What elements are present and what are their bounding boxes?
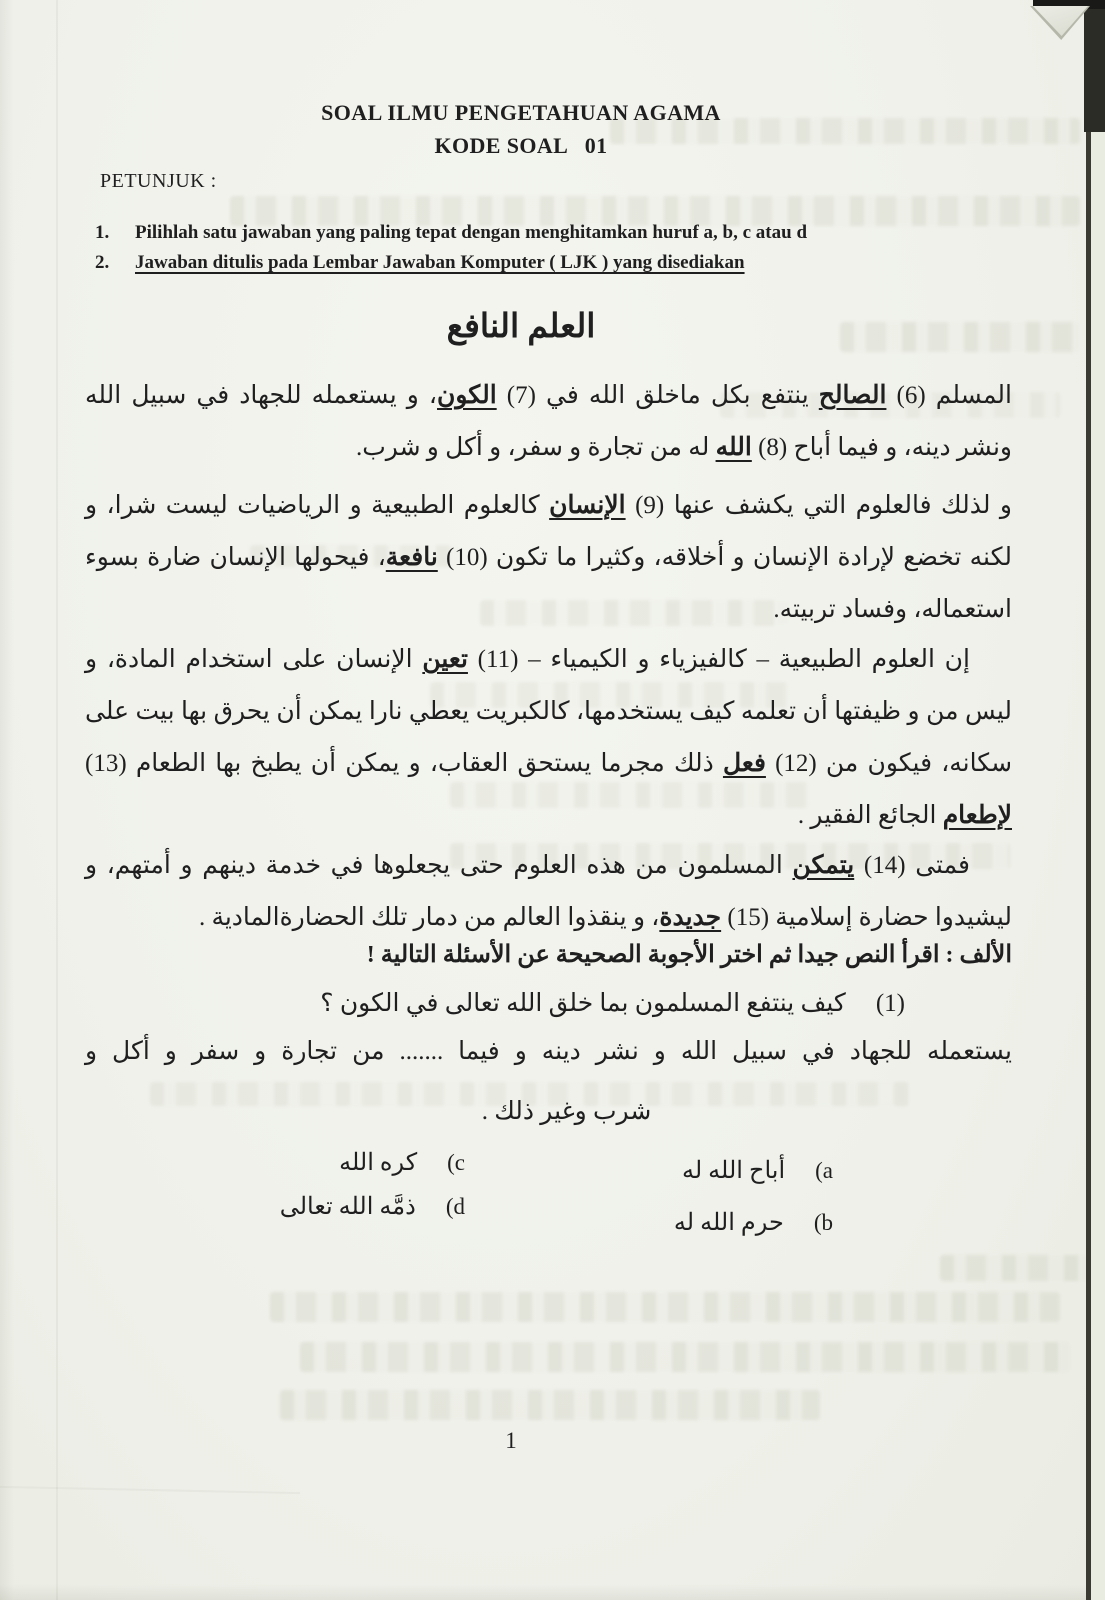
passage-paragraph: فمتى (14) يتمكن المسلمون من هذه العلوم ح… xyxy=(85,840,1012,944)
underlined-answer-word: الكون xyxy=(437,382,497,409)
passage-text: فمتى (14) xyxy=(854,852,970,879)
question-1: (1)كيف ينتفع المسلمون بما خلق الله تعالى… xyxy=(85,988,905,1018)
instruction-item: 1.Pilihlah satu jawaban yang paling tepa… xyxy=(95,222,807,252)
instruction-item: 2.Jawaban ditulis pada Lembar Jawaban Ko… xyxy=(95,252,807,282)
option-b-letter: (b xyxy=(814,1210,833,1236)
underlined-answer-word: تعين xyxy=(422,646,468,673)
scanner-edge-line xyxy=(1086,0,1091,1600)
passage-paragraph: المسلم (6) الصالح ينتفع بكل ماخلق الله ف… xyxy=(85,370,1012,474)
paper-edge-shade xyxy=(0,0,14,1600)
passage-text: إن العلوم الطبيعية – كالفيزياء و الكيميا… xyxy=(468,646,970,673)
option-d: (dذمَّه الله تعالى xyxy=(280,1192,465,1236)
bleed-through-ghost xyxy=(300,1342,1070,1372)
underlined-answer-word: الصالح xyxy=(819,382,887,409)
scanner-edge-dark xyxy=(1084,0,1105,132)
passage-text: و لذلك فالعلوم التي يكشف عنها (9) xyxy=(626,492,1012,519)
option-d-letter: (d xyxy=(446,1194,465,1220)
underlined-answer-word: الله xyxy=(716,434,752,461)
passage-title: العلم النافع xyxy=(0,306,1042,346)
passage-paragraph: إن العلوم الطبيعية – كالفيزياء و الكيميا… xyxy=(85,634,1012,842)
exam-title: SOAL ILMU PENGETAHUAN AGAMA xyxy=(0,100,1042,126)
question-1-body-line2: شرب وغير ذلك . xyxy=(103,1096,1030,1126)
paper-crease xyxy=(56,0,58,1600)
instructions-label: PETUNJUK : xyxy=(100,170,217,193)
instruction-text: Jawaban ditulis pada Lembar Jawaban Komp… xyxy=(135,252,745,274)
underlined-answer-word: يتمكن xyxy=(792,852,854,879)
option-b: (bحرم الله له xyxy=(674,1208,833,1252)
scanned-exam-page: SOAL ILMU PENGETAHUAN AGAMA KODE SOAL 01… xyxy=(0,0,1105,1600)
passage-text: له من تجارة و سفر، و أكل و شرب. xyxy=(356,434,716,461)
passage-paragraph: و لذلك فالعلوم التي يكشف عنها (9) الإنسا… xyxy=(85,480,1012,636)
question-section-header: الألف : اقرأ النص جيدا ثم اختر الأجوبة ا… xyxy=(85,940,1012,969)
options-column-ab: (aأباح الله له(bحرم الله له xyxy=(674,1156,833,1252)
underlined-answer-word: نافعة xyxy=(386,544,438,571)
instruction-number: 2. xyxy=(95,252,135,274)
options-column-cd: (cكره الله(dذمَّه الله تعالى xyxy=(280,1148,465,1236)
option-a-text: أباح الله له xyxy=(682,1158,785,1184)
instruction-number: 1. xyxy=(95,222,135,244)
option-a-letter: (a xyxy=(815,1158,833,1184)
passage-text: ينتفع بكل ماخلق الله في (7) xyxy=(497,382,819,409)
instructions-list: 1.Pilihlah satu jawaban yang paling tepa… xyxy=(95,222,807,282)
page-number: 1 xyxy=(0,1428,1032,1454)
page-corner-fold xyxy=(1033,6,1088,36)
instruction-text: Pilihlah satu jawaban yang paling tepat … xyxy=(135,222,807,244)
passage-text: الجائع الفقير . xyxy=(798,802,943,829)
passage-text: ذلك مجرما يستحق العقاب، و يمكن أن يطبخ ب… xyxy=(85,750,723,777)
paper-edge-shade xyxy=(0,1584,1105,1600)
question-1-body-line1: يستعمله للجهاد في سبيل الله و نشر دينه و… xyxy=(85,1036,1012,1066)
question-1-number: (1) xyxy=(876,990,905,1018)
option-d-text: ذمَّه الله تعالى xyxy=(280,1194,416,1220)
option-c: (cكره الله xyxy=(280,1148,465,1192)
option-c-text: كره الله xyxy=(339,1150,417,1176)
bleed-through-ghost xyxy=(280,1390,820,1420)
exam-code: KODE SOAL 01 xyxy=(0,133,1042,159)
question-1-text: كيف ينتفع المسلمون بما خلق الله تعالى في… xyxy=(320,990,846,1017)
underlined-answer-word: الإنسان xyxy=(549,492,625,519)
bleed-through-ghost xyxy=(270,1292,1060,1322)
option-a: (aأباح الله له xyxy=(674,1156,833,1200)
underlined-answer-word: جديدة xyxy=(659,904,721,931)
option-b-text: حرم الله له xyxy=(674,1210,784,1236)
answer-options: (aأباح الله له(bحرم الله له (cكره الله(d… xyxy=(0,1148,1105,1268)
option-c-letter: (c xyxy=(447,1150,465,1176)
underlined-answer-word: لإطعام xyxy=(943,802,1012,829)
paper-crease xyxy=(0,1486,300,1494)
underlined-answer-word: فعل xyxy=(723,750,766,777)
scanner-edge-strip xyxy=(1091,0,1105,1600)
passage-text: المسلم (6) xyxy=(886,382,1012,409)
passage-text: ، و ينقذوا العالم من دمار تلك الحضارةالم… xyxy=(199,904,659,931)
